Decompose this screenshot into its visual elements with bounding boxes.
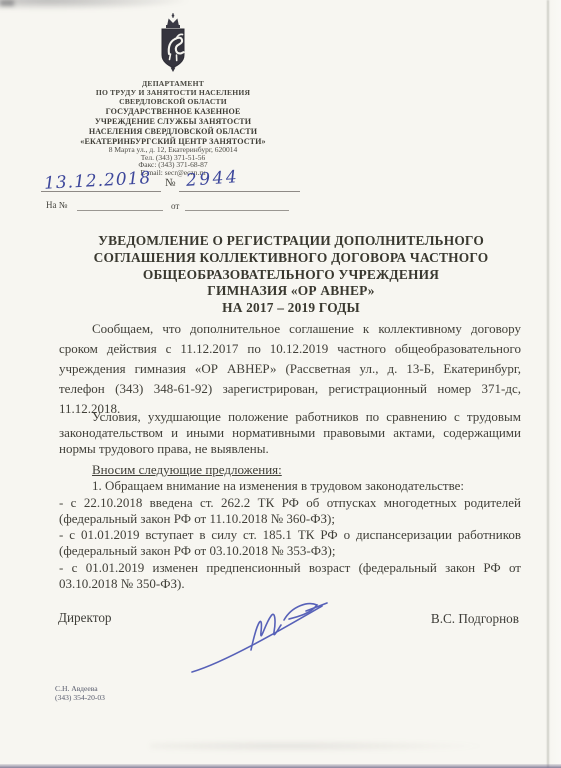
scan-edge-bottom (0, 764, 561, 768)
title-line: НА 2017 – 2019 ГОДЫ (60, 300, 522, 317)
organization-line: НАСЕЛЕНИЯ СВЕРДЛОВСКОЙ ОБЛАСТИ (40, 127, 306, 137)
body-line: учреждения гимназия «ОР АВНЕР» (Рассветн… (59, 359, 521, 379)
reply-date-blank-line (185, 210, 289, 211)
handwritten-date: 13.12.2018 (44, 168, 152, 194)
organization-name: ГОСУДАРСТВЕННОЕ КАЗЕННОЕ УЧРЕЖДЕНИЕ СЛУЖ… (40, 107, 306, 147)
proposals-line: - с 22.10.2018 введена ст. 262.2 ТК РФ о… (59, 495, 521, 511)
department-line: СВЕРДЛОВСКОЙ ОБЛАСТИ (40, 97, 306, 106)
proposals-line: - с 01.01.2019 изменен предпенсионный во… (59, 560, 521, 576)
scan-smudge-bottom (150, 740, 490, 752)
department-line: ДЕПАРТАМЕНТ (40, 79, 306, 88)
paragraph-conditions: Условия, ухудшающие положение работников… (59, 409, 521, 458)
proposals-line: - с 01.01.2019 вступает в силу ст. 185.1… (59, 527, 521, 543)
title-line: ГИМНАЗИЯ «ОР АВНЕР» (60, 283, 522, 300)
body-line: телефон (343) 348-61-92) зарегистрирован… (59, 379, 521, 399)
number-sign-label: № (165, 177, 176, 189)
paragraph-registration: Сообщаем, что дополнительное соглашение … (59, 319, 521, 419)
department-line: ПО ТРУДУ И ЗАНЯТОСТИ НАСЕЛЕНИЯ (40, 88, 306, 97)
proposals-line: 03.10.2018 № 350-ФЗ). (59, 576, 521, 592)
title-line: СОГЛАШЕНИЯ КОЛЛЕКТИВНОГО ДОГОВОРА ЧАСТНО… (60, 250, 522, 267)
proposals-heading-text: Вносим следующие предложения: (92, 462, 282, 477)
scan-edge-right (550, 0, 561, 768)
body-line: Условия, ухудшающие положение работников… (59, 409, 521, 425)
organization-line: УЧРЕЖДЕНИЕ СЛУЖБЫ ЗАНЯТОСТИ (40, 117, 306, 127)
proposals-heading: Вносим следующие предложения: (59, 462, 521, 478)
reply-to-label: На № (46, 200, 67, 210)
proposals-line: (федеральный закон РФ от 11.10.2018 № 36… (59, 511, 521, 527)
signature-ink (188, 596, 340, 678)
reply-from-label: от (171, 201, 179, 211)
executor-phone: (343) 354-20-03 (55, 693, 105, 702)
coat-of-arms-icon (156, 13, 190, 75)
scan-corner-mark (0, 0, 14, 6)
signer-position: Директор (58, 610, 112, 626)
body-line: нормы трудового права, не выявлены. (59, 441, 521, 457)
signer-name: В.С. Подгорнов (431, 611, 519, 627)
organization-line: ГОСУДАРСТВЕННОЕ КАЗЕННОЕ (40, 107, 306, 117)
date-blank-line (41, 191, 161, 192)
scan-smudge-top (0, 0, 188, 10)
title-line: УВЕДОМЛЕНИЕ О РЕГИСТРАЦИИ ДОПОЛНИТЕЛЬНОГ… (60, 233, 522, 250)
executor-name: С.Н. Авдеева (55, 684, 105, 693)
executor-block: С.Н. Авдеева (343) 354-20-03 (55, 684, 105, 702)
body-line: законодательством и иными нормативными п… (59, 425, 521, 441)
title-line: ОБЩЕОБРАЗОВАТЕЛЬНОГО УЧРЕЖДЕНИЯ (60, 267, 522, 284)
number-blank-line (179, 191, 300, 192)
body-line: сроком действия с 11.12.2017 по 10.12.20… (59, 339, 521, 359)
scan-paper-edge-line (547, 0, 549, 768)
proposals-section: Вносим следующие предложения: 1. Обращае… (59, 462, 521, 592)
scanned-letter-page: ДЕПАРТАМЕНТ ПО ТРУДУ И ЗАНЯТОСТИ НАСЕЛЕН… (0, 0, 561, 768)
document-title: УВЕДОМЛЕНИЕ О РЕГИСТРАЦИИ ДОПОЛНИТЕЛЬНОГ… (60, 233, 522, 317)
proposals-line: (федеральный закон РФ от 03.10.2018 № 35… (59, 543, 521, 559)
handwritten-outgoing-number: 2944 (185, 167, 240, 191)
body-line: Сообщаем, что дополнительное соглашение … (59, 319, 521, 339)
proposals-line: 1. Обращаем внимание на изменения в труд… (59, 478, 521, 494)
department-name: ДЕПАРТАМЕНТ ПО ТРУДУ И ЗАНЯТОСТИ НАСЕЛЕН… (40, 79, 306, 107)
reply-number-blank-line (77, 210, 163, 211)
